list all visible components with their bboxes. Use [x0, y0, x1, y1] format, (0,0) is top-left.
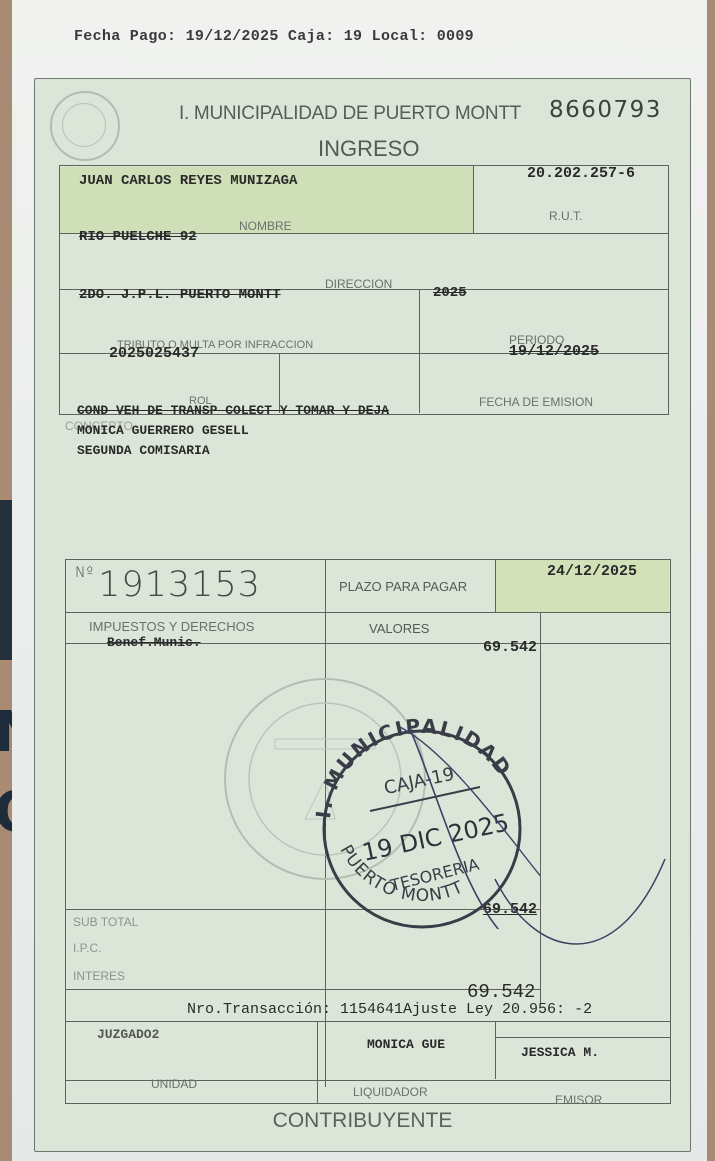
- total-value: 69.542: [467, 981, 535, 1003]
- divider: [65, 612, 671, 613]
- deadline-label: PLAZO PARA PAGAR: [339, 579, 467, 594]
- taxpayer-address: RIO PUELCHE 92: [79, 229, 197, 245]
- unit-label: UNIDAD: [151, 1077, 197, 1091]
- liquidator-value: MONICA GUE: [367, 1037, 445, 1052]
- item-concept: Benef.Munic.: [107, 635, 201, 650]
- divider: [419, 289, 420, 413]
- officer-name: MONICA GUERRERO GESELL: [77, 423, 249, 438]
- copy-label: CONTRIBUYENTE: [35, 1109, 690, 1133]
- name-label: NOMBRE: [239, 219, 292, 233]
- form-type: INGRESO: [318, 136, 419, 162]
- taxpayer-name: JUAN CARLOS REYES MUNIZAGA: [79, 173, 297, 189]
- receipt-form: I. MUNICIPALIDAD DE PUERTO MONTT 8660793…: [34, 78, 691, 1152]
- issue-date-label: FECHA DE EMISION: [479, 395, 593, 409]
- rol-number: 2025025437: [109, 345, 199, 362]
- emitter-value: JESSICA M.: [521, 1045, 599, 1060]
- subtotal-value: 69.542: [483, 901, 537, 918]
- divider: [495, 1037, 670, 1038]
- transaction-line: Nro.Transacción: 1154641Ajuste Ley 20.95…: [187, 1001, 592, 1018]
- divider: [317, 1021, 318, 1103]
- number-prefix: Nº: [75, 565, 94, 581]
- payment-number-value: 1913153: [98, 565, 261, 605]
- liquidator-label: LIQUIDADOR: [353, 1085, 428, 1099]
- receipt-paper: Fecha Pago: 19/12/2025 Caja: 19 Local: 0…: [12, 0, 707, 1161]
- divider: [65, 909, 540, 910]
- infraction-year: 2025: [433, 285, 467, 301]
- police-unit: SEGUNDA COMISARIA: [77, 443, 210, 458]
- folio-number: 8660793: [549, 97, 662, 123]
- issuer-title: I. MUNICIPALIDAD DE PUERTO MONTT: [179, 103, 521, 125]
- taxpayer-rut: 20.202.257-6: [527, 165, 635, 182]
- subtotal-label: SUB TOTAL: [73, 915, 138, 929]
- divider: [540, 613, 541, 1003]
- unit-value: JUZGADO2: [97, 1027, 159, 1042]
- infraction-concept: COND VEH DE TRANSP COLECT Y TOMAR Y DEJA: [77, 403, 389, 418]
- rut-label: R.U.T.: [549, 209, 582, 223]
- divider: [495, 559, 496, 613]
- item-value: 69.542: [483, 639, 537, 656]
- payment-number: Nº1913153: [75, 565, 261, 605]
- deadline-date: 24/12/2025: [547, 563, 637, 580]
- interest-label: INTERES: [73, 969, 125, 983]
- issue-date: 19/12/2025: [509, 343, 599, 360]
- emitter-label: EMISOR: [555, 1093, 602, 1107]
- municipal-seal-icon: [50, 91, 120, 161]
- taxes-label: IMPUESTOS Y DERECHOS: [89, 619, 254, 634]
- divider: [473, 165, 474, 233]
- ipc-label: I.P.C.: [73, 941, 101, 955]
- address-label: DIRECCION: [325, 277, 392, 291]
- values-label: VALORES: [369, 621, 429, 636]
- court-name: 2DO. J.P.L. PUERTO MONTT: [79, 287, 281, 303]
- payment-info-line: Fecha Pago: 19/12/2025 Caja: 19 Local: 0…: [74, 28, 474, 45]
